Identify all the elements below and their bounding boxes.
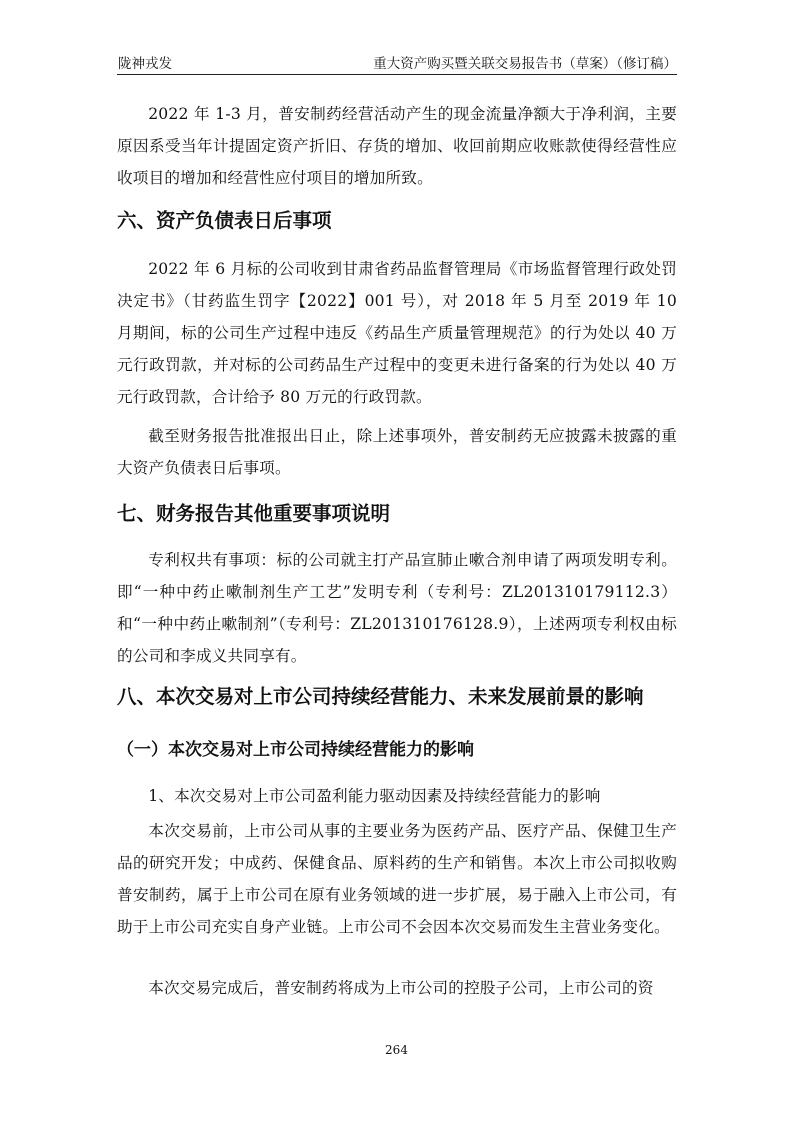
page-number: 264: [0, 1042, 793, 1058]
paragraph-cash-flow: 2022 年 1-3 月，普安制药经营活动产生的现金流量净额大于净利润，主要原因…: [117, 98, 677, 194]
paragraph-business-after: 本次交易完成后，普安制药将成为上市公司的控股子公司，上市公司的资: [117, 972, 677, 1004]
section-heading-eight: 八、本次交易对上市公司持续经营能力、未来发展前景的影响: [117, 683, 644, 711]
paragraph-item-1-title: 1、本次交易对上市公司盈利能力驱动因素及持续经营能力的影响: [117, 780, 677, 812]
header-document-title: 重大资产购买暨关联交易报告书（草案）（修订稿）: [373, 54, 677, 74]
section-heading-six: 六、资产负债表日后事项: [117, 207, 332, 235]
paragraph-business-before: 本次交易前，上市公司从事的主要业务为医药产品、医疗产品、保健卫生产品的研究开发；…: [117, 815, 677, 943]
subsection-heading-eight-one: （一）本次交易对上市公司持续经营能力的影响: [117, 737, 474, 763]
page-header: 陇神戎发 重大资产购买暨关联交易报告书（草案）（修订稿）: [117, 54, 677, 75]
section-heading-seven: 七、财务报告其他重要事项说明: [117, 500, 390, 528]
header-company-name: 陇神戎发: [118, 54, 172, 74]
paragraph-patents: 专利权共有事项：标的公司就主打产品宣肺止嗽合剂申请了两项发明专利。即“一种中药止…: [117, 544, 677, 672]
paragraph-subsequent-events: 截至财务报告批准报出日止，除上述事项外，普安制药无应披露未披露的重大资产负债表日…: [117, 420, 677, 484]
paragraph-penalty: 2022 年 6 月标的公司收到甘肃省药品监督管理局《市场监督管理行政处罚决定书…: [117, 253, 677, 413]
